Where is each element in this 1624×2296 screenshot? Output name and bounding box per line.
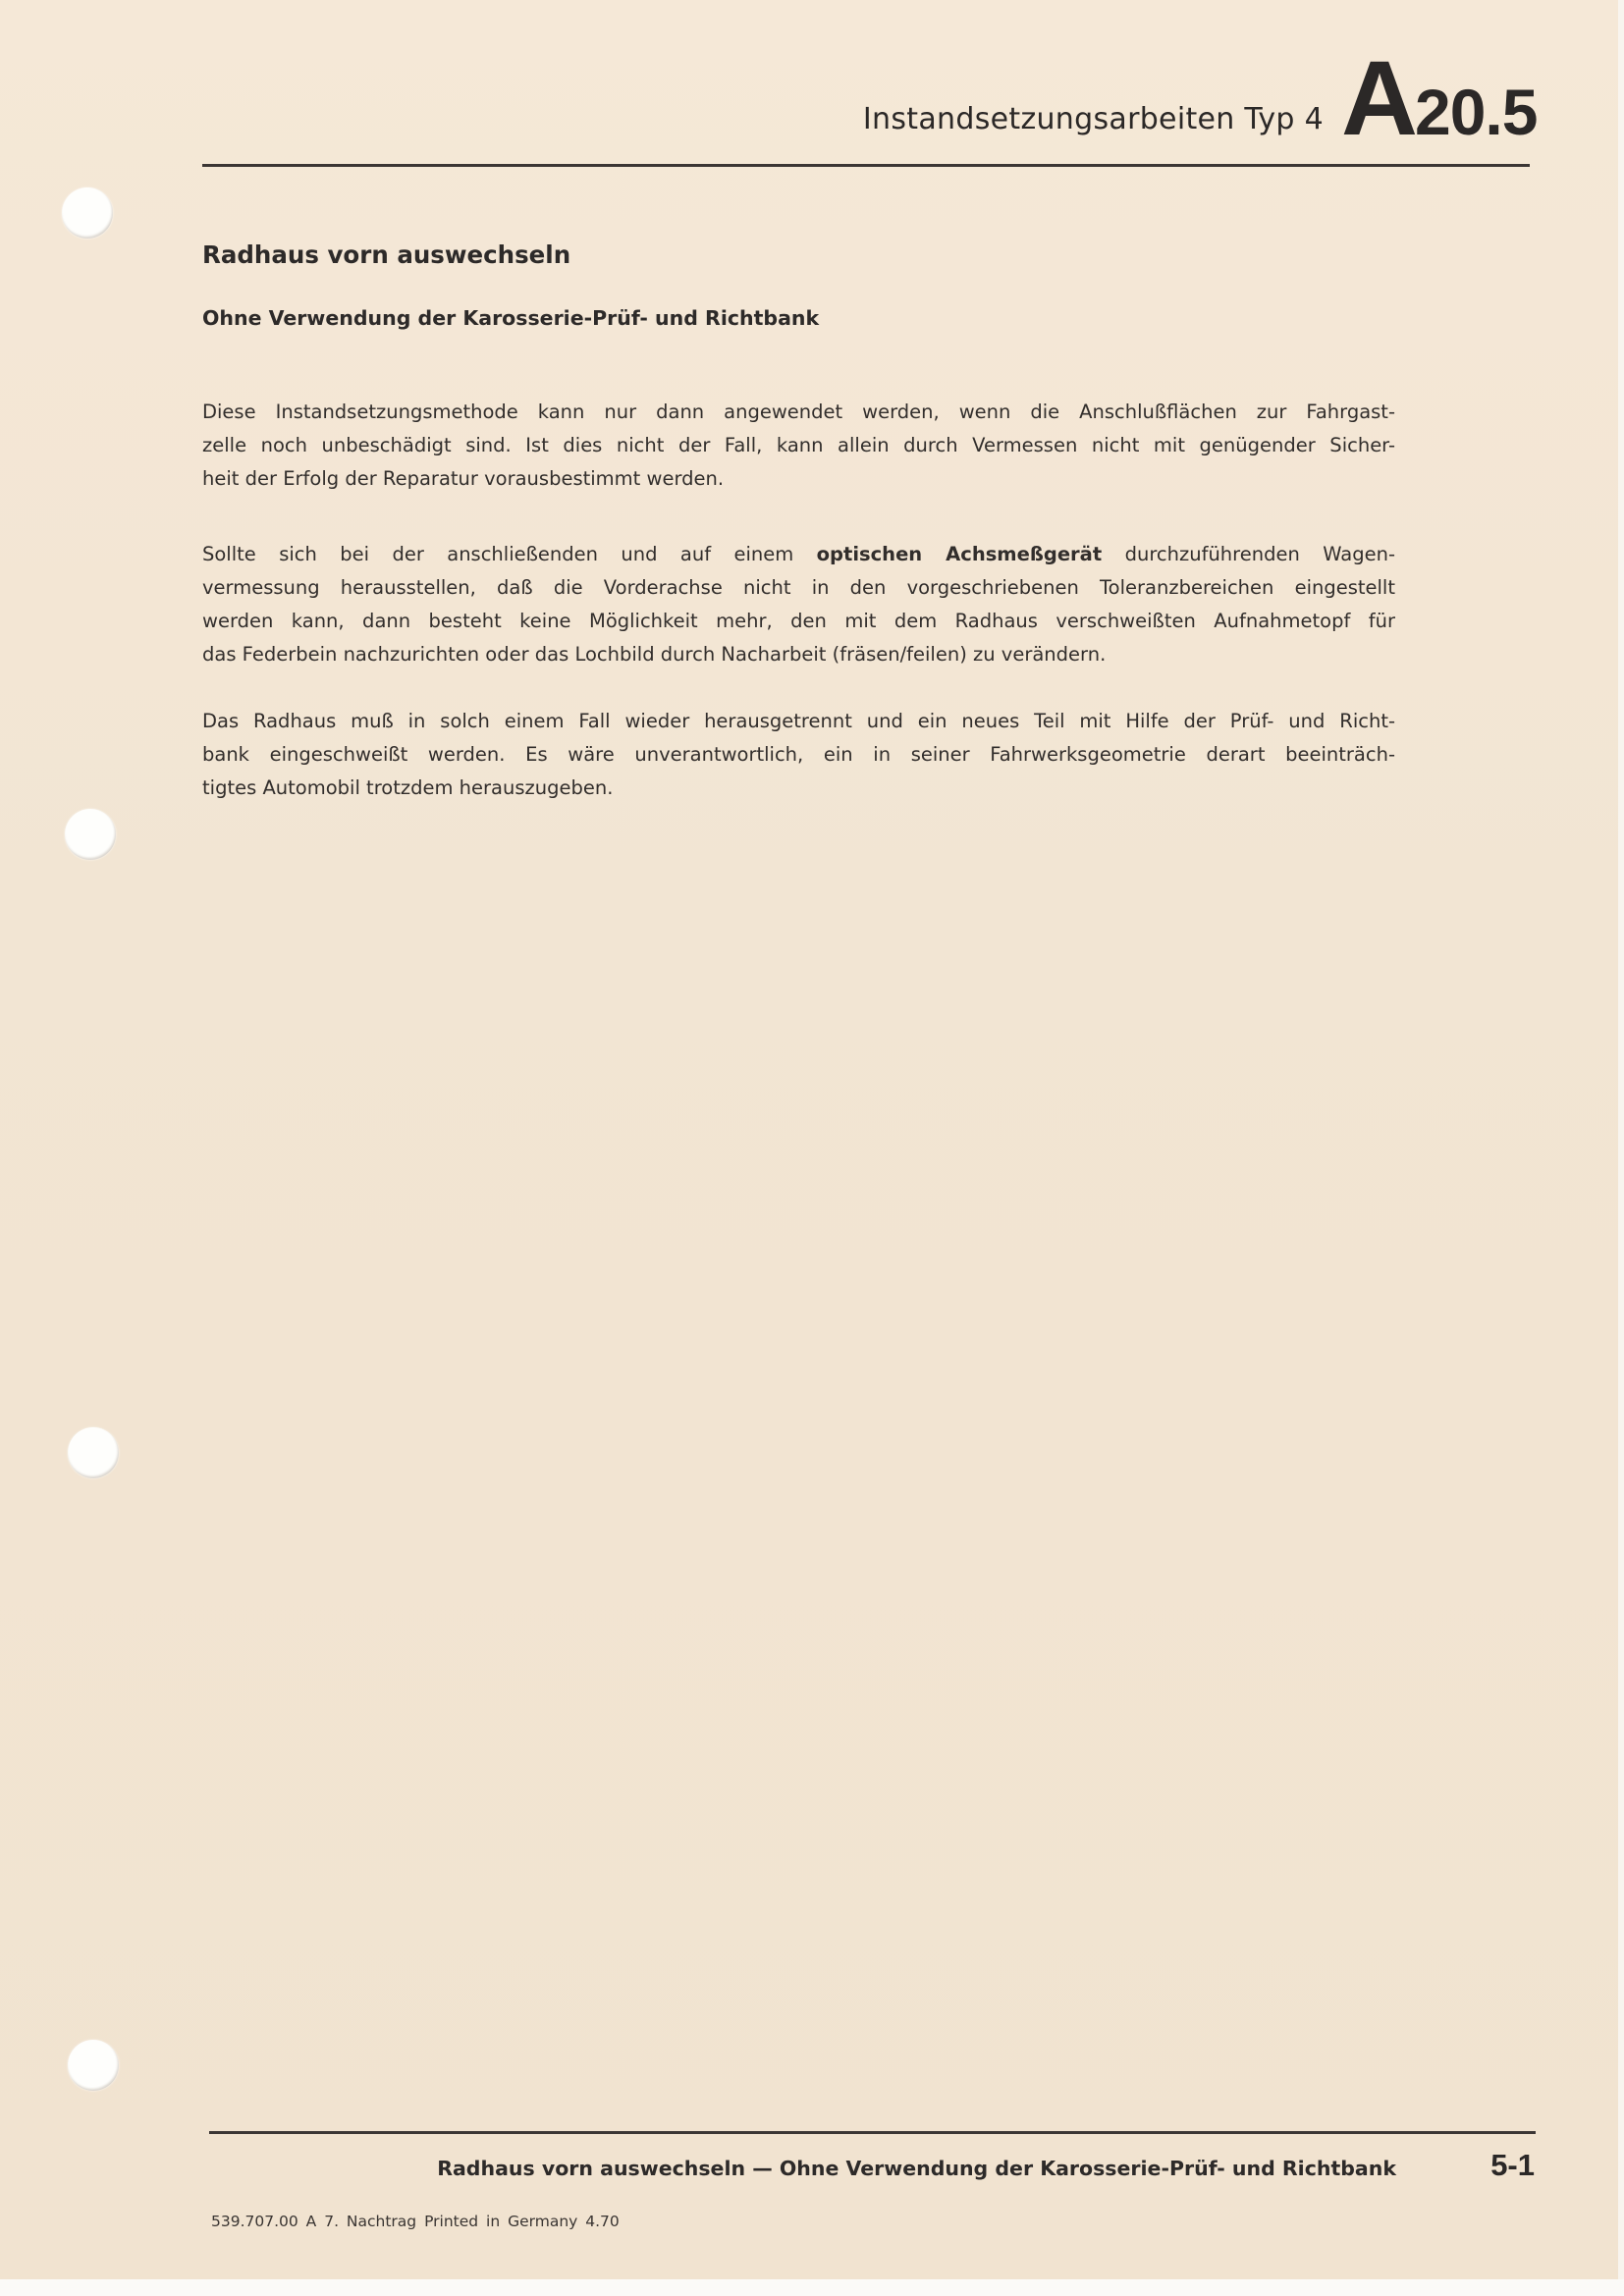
paragraph-line: heit der Erfolg der Reparatur vorausbest…	[202, 462, 1395, 496]
paragraph-line: Das Radhaus muß in solch einem Fall wied…	[202, 705, 1395, 738]
section-code: A20.5	[1341, 45, 1537, 151]
paragraph-line: werden kann, dann besteht keine Möglichk…	[202, 605, 1395, 638]
paragraph-2: Sollte sich bei der anschließenden und a…	[202, 538, 1395, 671]
section-code-number: 20.5	[1415, 76, 1537, 148]
footer-title: Radhaus vorn auswechseln — Ohne Verwendu…	[245, 2157, 1396, 2180]
page-edge-bottom	[0, 2279, 1624, 2296]
punch-hole-3	[68, 1427, 119, 1478]
paragraph-line: zelle noch unbeschädigt sind. Ist dies n…	[202, 429, 1395, 462]
print-info: 539.707.00 A 7. Nachtrag Printed in Germ…	[211, 2213, 620, 2230]
page-edge-right	[1618, 0, 1624, 2296]
emphasis-term: optischen Achsmeßgerät	[817, 543, 1103, 565]
section-subtitle: Ohne Verwendung der Karosserie-Prüf- und…	[202, 306, 819, 330]
paragraph-1: Diese Instandsetzungsmethode kann nur da…	[202, 396, 1395, 496]
document-page	[0, 0, 1618, 2279]
header-title: Instandsetzungsarbeiten Typ 4	[835, 102, 1324, 136]
punch-hole-1	[62, 187, 113, 239]
paragraph-line: bank eingeschweißt werden. Es wäre unver…	[202, 738, 1395, 772]
paragraph-line: das Federbein nachzurichten oder das Loc…	[202, 638, 1395, 671]
paragraph-line: Sollte sich bei der anschließenden und a…	[202, 538, 1395, 571]
paragraph-line: Diese Instandsetzungsmethode kann nur da…	[202, 396, 1395, 429]
paragraph-3: Das Radhaus muß in solch einem Fall wied…	[202, 705, 1395, 805]
section-title: Radhaus vorn auswechseln	[202, 240, 570, 269]
section-code-letter: A	[1341, 38, 1415, 157]
paragraph-line: tigtes Automobil trotzdem herauszugeben.	[202, 772, 1395, 805]
footer-rule	[209, 2131, 1536, 2134]
header-rule	[202, 164, 1530, 167]
page-number: 5-1	[1481, 2148, 1535, 2183]
punch-hole-4	[68, 2040, 119, 2091]
punch-hole-2	[65, 809, 116, 860]
paragraph-line: vermessung herausstellen, daß die Vorder…	[202, 571, 1395, 605]
